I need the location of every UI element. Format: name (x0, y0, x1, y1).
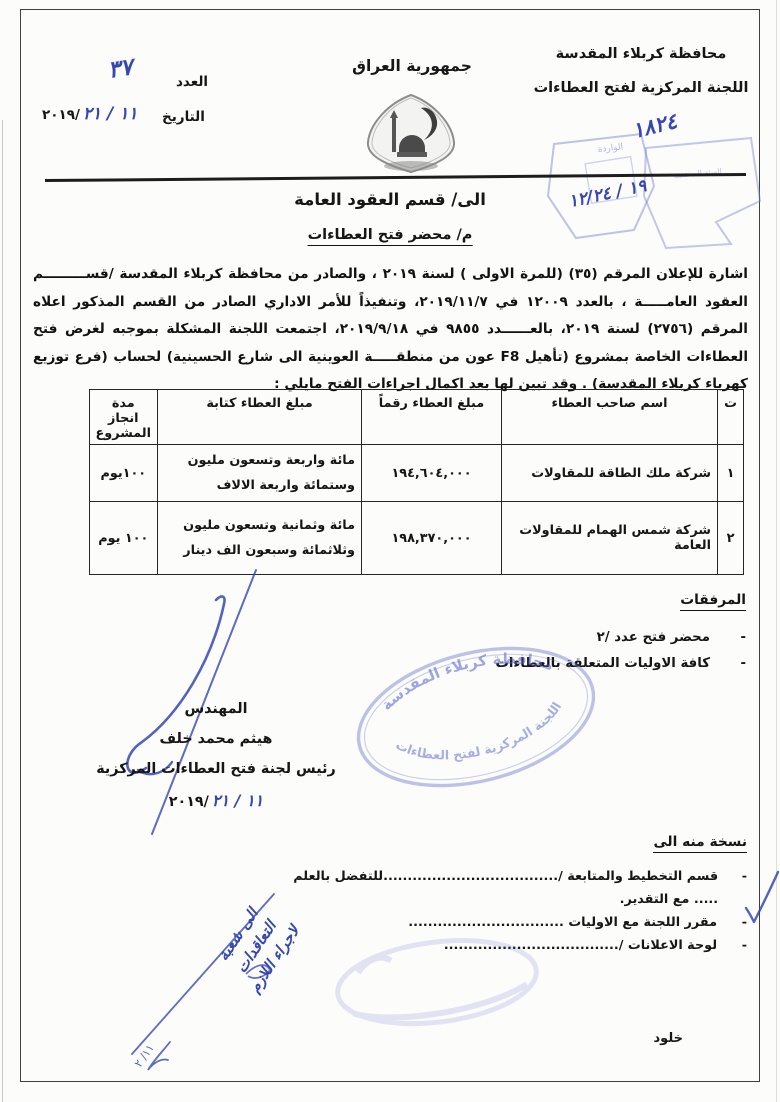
signature-date-printed: ٢٠١٩/ (169, 787, 209, 817)
signer-name: هيثم محمد خلف (64, 724, 368, 754)
copies-title: نسخة منه الى (653, 834, 747, 853)
attachments-title: المرفقات (680, 592, 746, 611)
signature-block: المهندس هيثم محمد خلف رئيس لجنة فتح العط… (64, 694, 368, 817)
svg-text:محافظة كربلاء المقدسة: محافظة كربلاء المقدسة (371, 634, 559, 717)
row2-duration: ١٠٠ يوم (89, 502, 157, 575)
date-daymonth-handwritten: ١١ / ٢١ (83, 104, 138, 124)
stamp-top-text: محافظة كربلاء المقدسة (371, 634, 559, 717)
check-tick-icon (742, 868, 780, 928)
row1-amount-figures: ١٩٤,٦٠٤,٠٠٠ (362, 445, 502, 502)
row1-bidder: شركة ملك الطاقة للمقاولات (502, 445, 718, 502)
scan-edge-left (2, 120, 3, 1102)
letterhead-org: محافظة كربلاء المقدسة اللجنة المركزية لف… (528, 46, 754, 96)
karbala-shrine-emblem-icon (360, 92, 462, 178)
signer-title: المهندس (64, 694, 368, 724)
row2-amount-words: مائة وثمانية وتسعون مليون وثلاثمائة وسبع… (158, 502, 362, 575)
row1-index: ١ (718, 445, 744, 502)
row2-index: ٢ (718, 502, 744, 575)
date-year-printed: ٢٠١٩/ (42, 107, 80, 123)
dash-bullet: - (736, 625, 746, 651)
row1-duration: ١٠٠يوم (89, 445, 157, 502)
col-header-amount-figures: مبلغ العطاء رقماً (362, 390, 502, 445)
addressee-line: الى/ قسم العقود العامة (0, 190, 780, 209)
date-value: ٢٠١٩/ ١١ / ٢١ (42, 104, 137, 124)
signature-date-handwritten: ١١ / ٢١ (212, 786, 263, 816)
org-name: محافظة كربلاء المقدسة (528, 46, 754, 62)
date-label: التاريخ (162, 109, 205, 125)
scan-edge-right (776, 0, 777, 1102)
row2-amount-figures: ١٩٨,٣٧٠,٠٠٠ (362, 502, 502, 575)
table-row: ٢ شركة شمس الهمام للمقاولات العامة ١٩٨,٣… (89, 502, 743, 575)
number-value-handwritten: ٣٧ (106, 54, 134, 84)
org-committee: اللجنة المركزية لفتح العطاءات (528, 80, 754, 96)
signer-role: رئيس لجنة فتح العطاءات المركزية (64, 754, 368, 784)
svg-text:الواردة: الواردة (597, 142, 623, 155)
typist-name: خلود (654, 1031, 684, 1046)
col-header-duration: مدة انجاز المشروع (89, 390, 157, 445)
table-header-row: ت اسم صاحب العطاء مبلغ العطاء رقماً مبلغ… (89, 390, 743, 445)
dash-bullet: - (736, 651, 746, 677)
bids-table: ت اسم صاحب العطاء مبلغ العطاء رقماً مبلغ… (89, 389, 744, 575)
subject-line: م/ محضر فتح العطاءات (308, 227, 473, 246)
stamp-bottom-text: اللجنة المركزية لفتح العطاءات (391, 697, 572, 779)
signature-date: ٢٠١٩/ ١١ / ٢١ (64, 786, 368, 817)
col-header-index: ت (718, 390, 744, 445)
handwritten-routing-note: ١١/ ٢ الى شعبة التعاقدات لاجراء اللازم (118, 846, 338, 1076)
col-header-bidder: اسم صاحب العطاء (502, 390, 718, 445)
col-header-amount-words: مبلغ العطاء كتابة (158, 390, 362, 445)
number-label: العدد (176, 74, 208, 90)
row1-amount-words: مائة واربعة وتسعون مليون وستمائة واربعة … (158, 445, 362, 502)
table-row: ١ شركة ملك الطاقة للمقاولات ١٩٤,٦٠٤,٠٠٠ … (89, 445, 743, 502)
body-paragraph: اشارة للإعلان المرقم (٣٥) (للمرة الاولى … (33, 261, 748, 399)
document-page: محافظة كربلاء المقدسة اللجنة المركزية لف… (0, 0, 780, 1102)
svg-text:اللجنة المركزية لفتح العطاءات: اللجنة المركزية لفتح العطاءات (391, 697, 572, 779)
country-title: جمهورية العراق (336, 57, 488, 75)
list-item: - قسم التخطيط والمتابعة /...............… (267, 865, 747, 911)
attachment-text: محضر فتح عدد /٢ (597, 625, 710, 651)
dash-bullet: - (739, 934, 747, 957)
row2-bidder: شركة شمس الهمام للمقاولات العامة (502, 502, 718, 575)
